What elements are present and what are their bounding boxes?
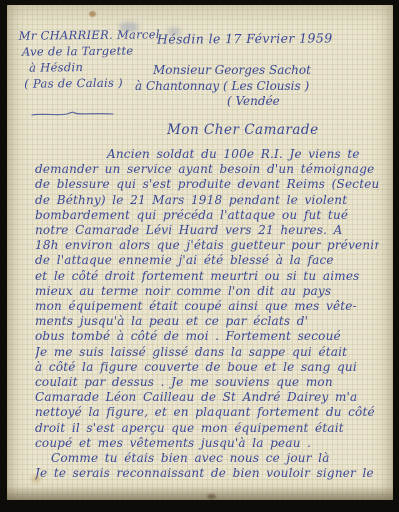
body-line: coupé et mes vêtements jusqu'à la peau . xyxy=(35,436,379,451)
body-line: bombardement qui précéda l'attaque ou fu… xyxy=(35,208,379,223)
body-line: Je te serais reconnaissant de bien voulo… xyxy=(35,466,379,481)
salutation: Mon Cher Camarade xyxy=(167,122,319,138)
body-line: de Béthny) le 21 Mars 1918 pendant le vi… xyxy=(35,193,379,208)
body-line: coulait par dessus . Je me souviens que … xyxy=(35,375,379,390)
body-line: 18h environ alors que j'étais guetteur p… xyxy=(35,238,379,253)
date-line: Hésdin le 17 Février 1959 xyxy=(157,30,333,46)
body-line: droit il s'est aperçu que mon équipement… xyxy=(35,421,379,436)
body-line: Comme tu étais bien avec nous ce jour là xyxy=(35,451,379,466)
recipient-address-block: Monsieur Georges Sachotà Chantonnay ( Le… xyxy=(135,63,311,110)
stain xyxy=(89,11,96,17)
body-line: demander un service ayant besoin d'un té… xyxy=(35,162,379,177)
body-line: mon équipement était coupé ainsi que mes… xyxy=(35,299,379,314)
body-line: Camarade Léon Cailleau de St André Daire… xyxy=(35,390,379,405)
body-line: mieux au terme noir comme l'on dit au pa… xyxy=(35,284,379,299)
underline-flourish xyxy=(31,109,115,119)
body-line: ments jusqu'à la peau et ce par éclats d… xyxy=(35,314,379,329)
stain xyxy=(207,494,216,499)
body-line: de l'attaque ennemie j'ai été blessé à l… xyxy=(35,253,379,268)
body-line: et le côté droit fortement meurtri ou si… xyxy=(35,269,379,284)
body-line: notre Camarade Lévi Huard vers 21 heures… xyxy=(35,223,379,238)
body-line: à côté la figure couverte de boue et le … xyxy=(35,360,379,375)
body-line: nettoyé la figure, et en plaquant fortem… xyxy=(35,405,379,420)
letter-page: Mr CHARRIER. MarcelAve de la Targetteà H… xyxy=(7,5,393,500)
body-line: de blessure qui s'est produite devant Re… xyxy=(35,177,379,192)
sender-address-line: Ave de la Targette xyxy=(19,42,160,59)
recipient-address-line: ( Vendée xyxy=(135,94,311,110)
body-line: Ancien soldat du 100e R.I. Je viens te xyxy=(35,147,379,162)
letter-body: Ancien soldat du 100e R.I. Je viens tede… xyxy=(35,147,379,481)
body-line: obus tombé à côté de moi . Fortement sec… xyxy=(35,329,379,344)
body-line: Je me suis laissé glissé dans la sappe q… xyxy=(35,345,379,360)
recipient-address-line: Monsieur Georges Sachot xyxy=(135,63,311,79)
recipient-address-line: à Chantonnay ( Les Clousis ) xyxy=(135,79,311,95)
sender-address-line: Mr CHARRIER. Marcel xyxy=(19,26,160,43)
